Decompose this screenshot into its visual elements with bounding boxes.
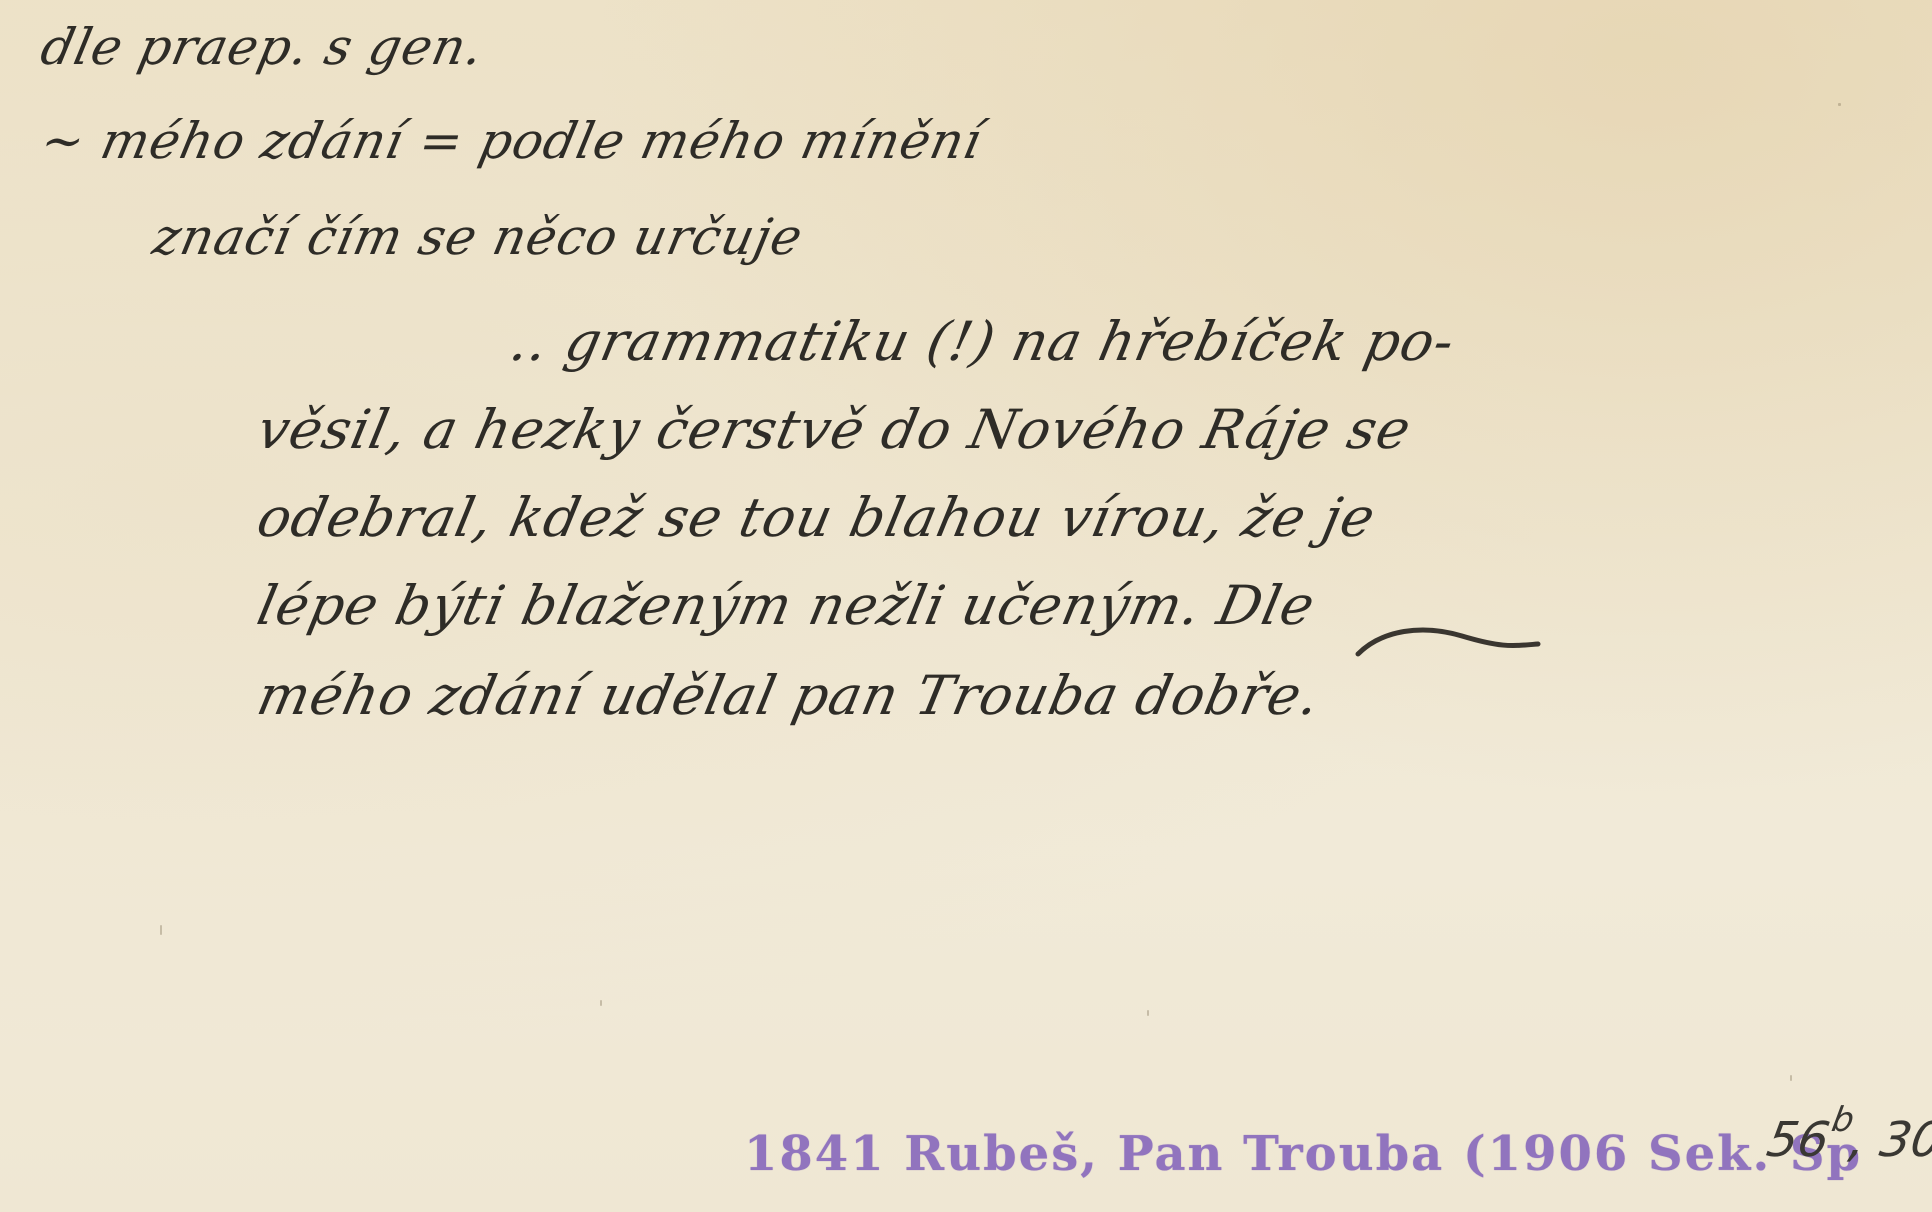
page-reference-number: 56	[1763, 1112, 1834, 1168]
source-stamp: 1841 Rubeš, Pan Trouba (1906 Sek. Sp	[744, 1126, 1862, 1182]
page-reference-tail: , 30)	[1845, 1112, 1932, 1168]
paper-speck	[1147, 1010, 1149, 1016]
excerpt-line-2: věsil, a hezky čerstvě do Nového Ráje se	[252, 398, 1417, 461]
excerpt-line-1: .. grammatiku (!) na hřebíček po-	[505, 310, 1461, 373]
headword-tilde-mark	[1352, 620, 1542, 660]
excerpt-line-3: odebral, kdež se tou blahou vírou, že je	[252, 486, 1381, 549]
paper-speck	[160, 925, 162, 935]
explanation-line: značí čím se něco určuje	[148, 208, 808, 266]
definition-line: ~ mého zdání = podle mého mínění	[36, 112, 988, 170]
paper-speck	[1838, 103, 1841, 106]
page-reference: 56b, 30)	[1763, 1108, 1932, 1168]
excerpt-line-5: mého zdání udělal pan Trouba dobře.	[252, 664, 1326, 727]
paper-speck	[1790, 1075, 1792, 1081]
excerpt-line-4: lépe býti blaženým nežli učeným. Dle	[252, 574, 1321, 637]
grammar-note: dle praep. s gen.	[36, 18, 489, 76]
index-card: dle praep. s gen. ~ mého zdání = podle m…	[0, 0, 1932, 1212]
paper-speck	[600, 1000, 602, 1006]
